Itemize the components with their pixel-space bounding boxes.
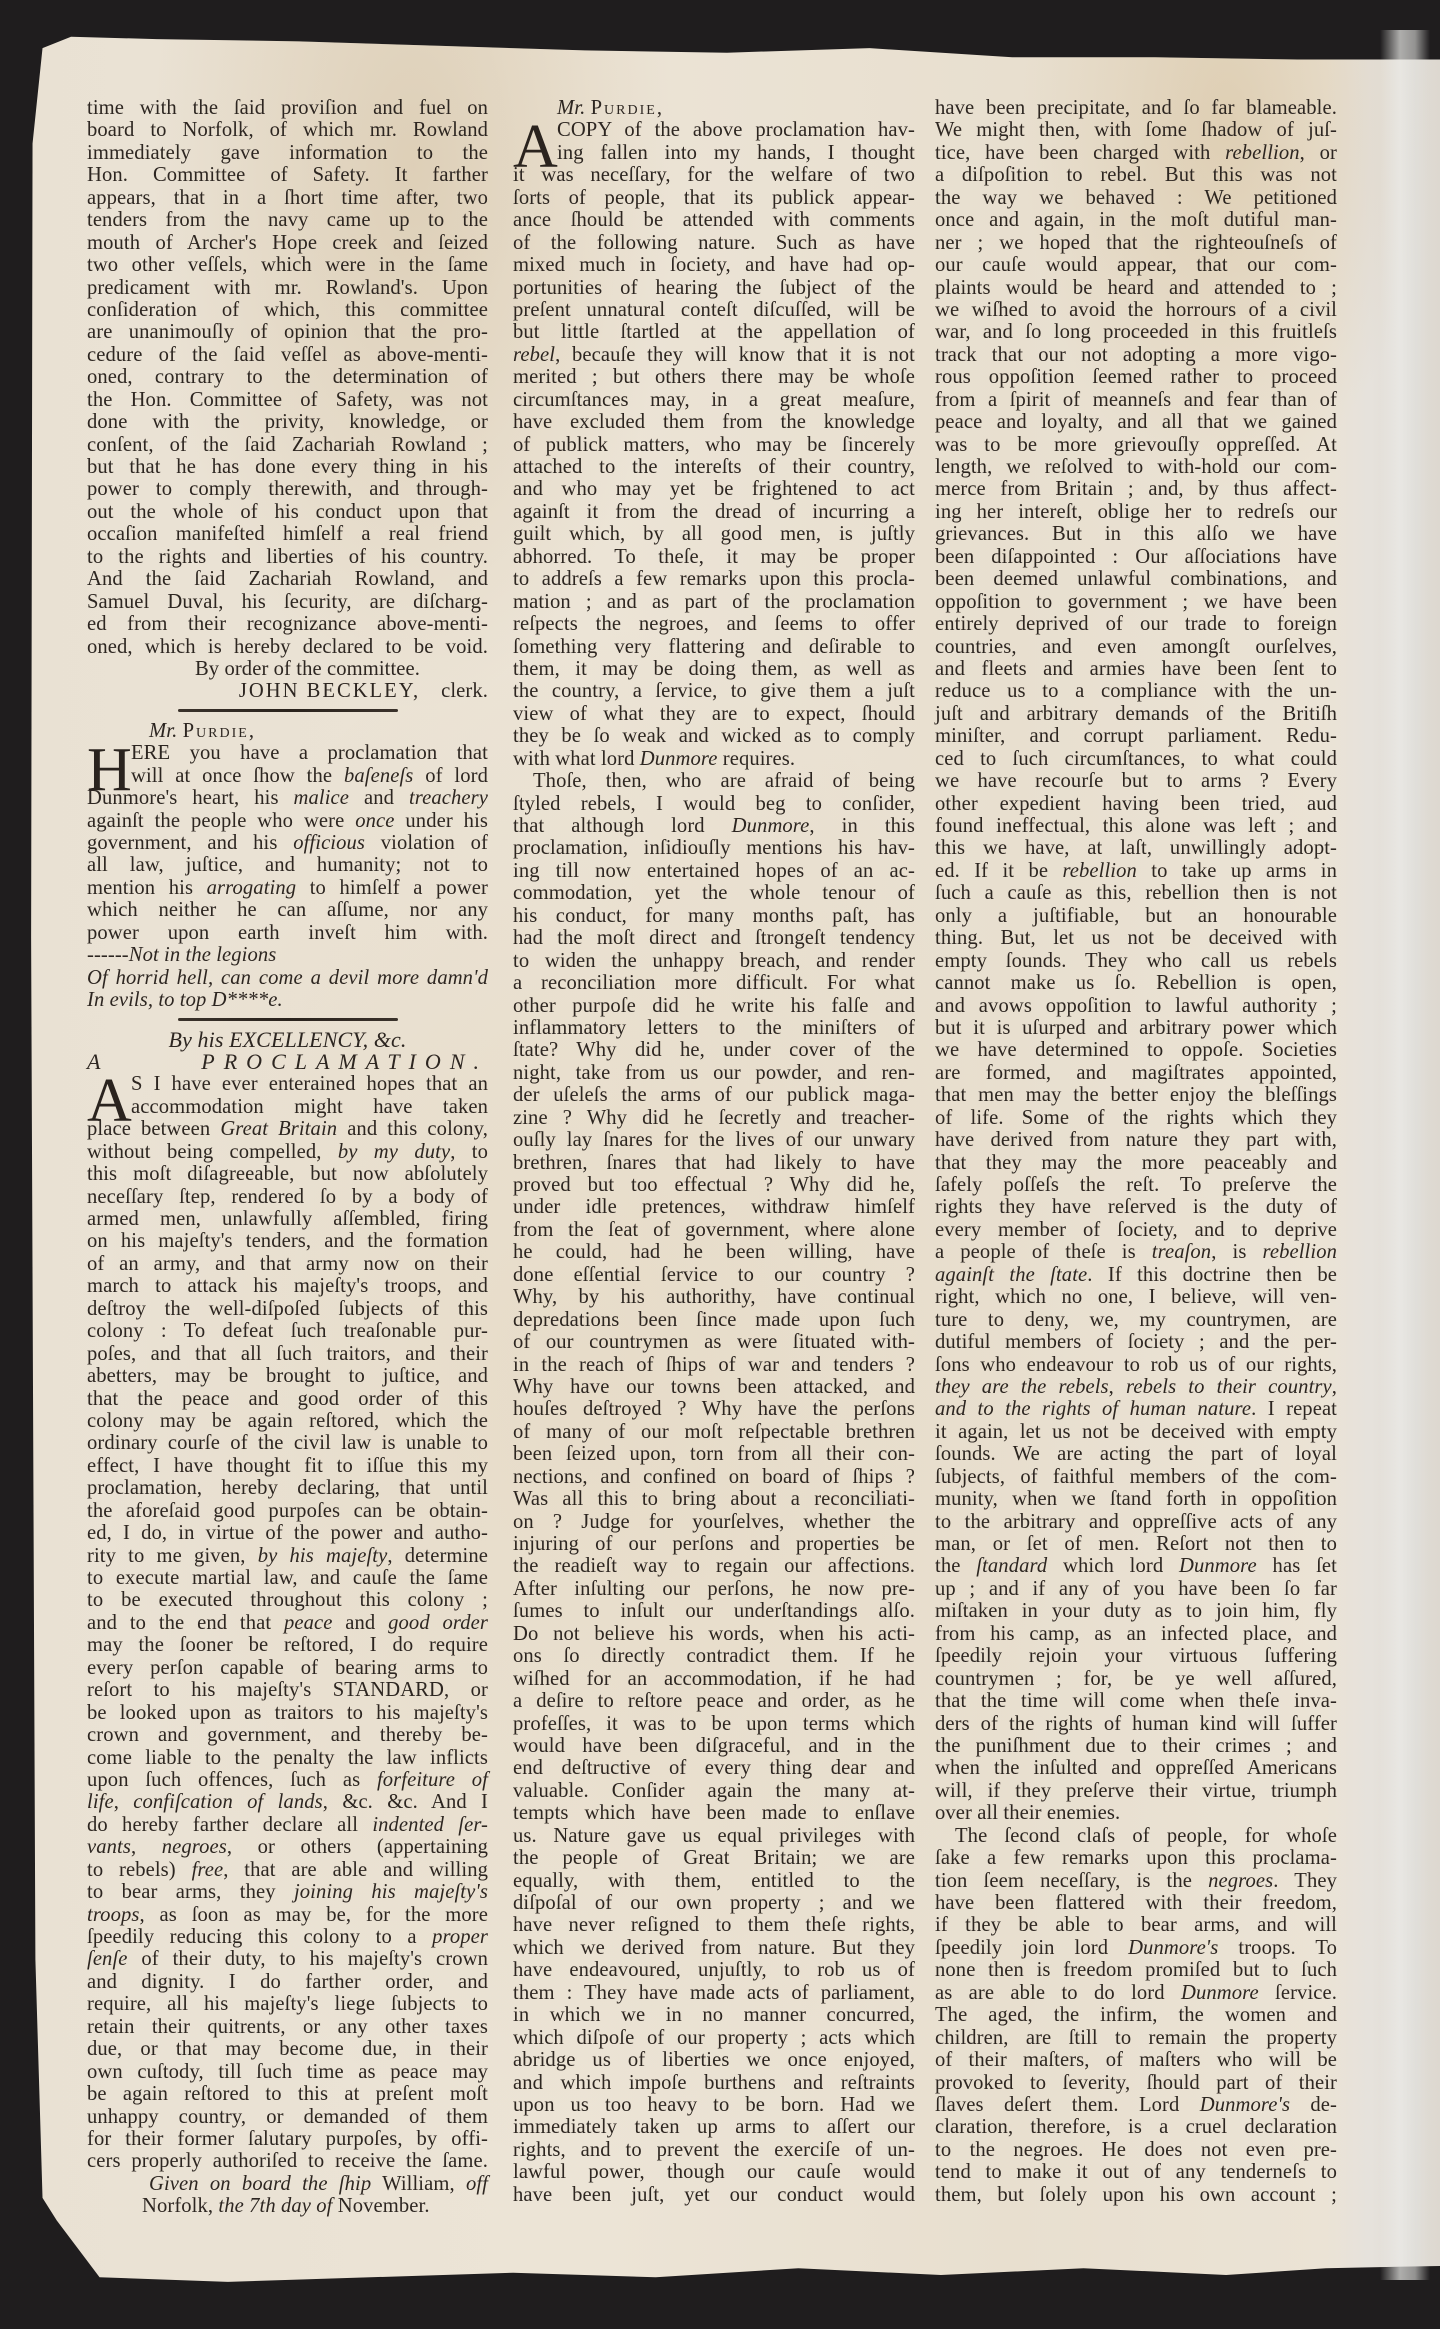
text-line: ſpeedily rejoin your virtuous ſuffering [935,1645,1337,1667]
text-line: juſt and arbitrary demands of the Britiſ… [935,703,1337,725]
letter-one-body: ERE you have a proclamation thatwill at … [87,742,488,944]
text-line: none then is freedom promiſed but to ſuc… [935,1959,1337,1981]
text-line: mixed much in ſociety, and have had op- [513,254,915,276]
text-line: Thoſe, then, who are afraid of being [513,770,915,792]
text-line: government, and his officious violation … [87,832,488,854]
text-line: Why, by his authorithy, have continual [513,1286,915,1308]
text-line: time with the ſaid proviſion and fuel on [87,97,488,119]
text-line: a deſire to reſtore peace and order, as … [513,1690,915,1712]
text-line: After inſulting our perſons, he now pre- [513,1578,915,1600]
text-line: come liable to the penalty the law infli… [87,1747,488,1769]
text-line: The ſecond claſs of people, for whoſe [935,1825,1337,1847]
text-line: once and again, in the moſt dutiful man- [935,209,1337,231]
text-line: been diſappointed : Our aſſociations hav… [935,546,1337,568]
section-divider [178,709,398,712]
text-line: Why have our towns been attacked, and [513,1376,915,1398]
verse-line: ------Not in the legions [87,944,488,966]
text-line: the way we behaved : We petitioned [935,187,1337,209]
text-line: upon us too heavy to be born. Had we [513,2094,915,2116]
text-line: proclamation, inſidiouſly mentions his h… [513,837,915,859]
text-line: it was neceſſary, for the welfare of two [513,164,915,186]
text-line: colony : To defeat ſuch treaſonable pur- [87,1320,488,1342]
text-line: will, if they preſerve their virtue, tri… [935,1780,1337,1802]
text-line: attached to the intereſts of their count… [513,456,915,478]
text-line: der uſeleſs the arms of our publick maga… [513,1084,915,1106]
text-line: ing her intereſt, oblige her to redreſs … [935,501,1337,523]
text-line: on his majeſty's tenders, and the format… [87,1230,488,1252]
text-line: require, all his majeſty's liege ſubject… [87,1993,488,2015]
letter-purdie-one: Mr. Purdie, H ERE you have a proclamatio… [87,720,488,1012]
text-line: on ? Judge for yourſelves, whether the [513,1511,915,1533]
text-line: portunities of hearing the ſubject of th… [513,277,915,299]
text-line: place between Great Britain and this col… [87,1118,488,1140]
text-line: board to Norfolk, of which mr. Rowland [87,119,488,141]
text-line: them, it may be doing them, as well as [513,658,915,680]
text-line: tempts which have been made to enſlave [513,1802,915,1824]
text-line: We might then, with ſome ſhadow of juſ- [935,119,1337,141]
text-line: the country, a ſervice, to give them a j… [513,680,915,702]
text-line: under idle pretences, withdraw himſelf [513,1196,915,1218]
text-line: Dunmore's heart, his malice and treacher… [87,787,488,809]
text-line: to the negroes. He does not even pre- [935,2139,1337,2161]
text-line: it again, let us not be deceived with em… [935,1421,1337,1443]
text-line: inflammatory letters to the miniſters of [513,1017,915,1039]
text-line: ſubjects, of faithful members of the com… [935,1466,1337,1488]
text-line: againſt it from the dread of incurring a [513,501,915,523]
signature-name: JOHN BECKLEY, [239,680,420,702]
text-line: ouſly lay ſnares for the lives of our un… [513,1129,915,1151]
text-line: would have been diſgraceful, and in the [513,1735,915,1757]
text-line: COPY of the above proclamation hav- [513,119,915,141]
text-line: ordinary courſe of the civil law is unab… [87,1432,488,1454]
text-line: as are able to do lord Dunmore ſervice. [935,1982,1337,2004]
proclamation-body: S I have ever enterained hopes that anac… [87,1073,488,2172]
text-line: a people of theſe is treaſon, is rebelli… [935,1241,1337,1263]
text-line: predicament with mr. Rowland's. Upon [87,277,488,299]
text-line: miſtaken in your duty as to join him, fl… [935,1600,1337,1622]
text-line: have excluded them from the knowledge [513,411,915,433]
text-line: circumſtances may, in a great meaſure, [513,389,915,411]
text-line: we have recourſe but to arms ? Every [935,770,1337,792]
text-line: rity to me given, by his majeſty, determ… [87,1545,488,1567]
text-line: march to attack his majeſty's troops, an… [87,1275,488,1297]
text-line: and which impoſe burthens and reſtraints [513,2072,915,2094]
proclamation-title: A PROCLAMATION. [87,1051,488,1073]
text-line: ſtate? Why did he, under cover of the [513,1039,915,1061]
text-line: rous oppoſition ſeemed rather to proceed [935,366,1337,388]
text-line: conſideration of which, this committee [87,299,488,321]
text-line: rights, and to prevent the exerciſe of u… [513,2139,915,2161]
text-line: to the rights and liberties of his count… [87,546,488,568]
text-line: occaſion manifeſted himſelf a real frien… [87,523,488,545]
text-line: ing till now entertained hopes of an ac- [513,860,915,882]
text-line: us. Nature gave us equal privileges with [513,1825,915,1847]
proclamation-authority: By his EXCELLENCY, &c. [87,1029,488,1051]
text-line: injuring of our perſons and properties b… [513,1533,915,1555]
text-line: guilt which, by all good men, is juſtly [513,523,915,545]
text-line: crown and government, and thereby be- [87,1724,488,1746]
text-line: cannot make us ſo. Rebellion is open, [935,972,1337,994]
text-line: diſpoſal of our own property ; and we [513,1892,915,1914]
text-line: mention his arrogating to himſelf a powe… [87,877,488,899]
text-line: countrymen ; for, be ye well aſſured, [935,1668,1337,1690]
text-line: them : They have made acts of parliament… [513,1982,915,2004]
text-line: conſent, of the ſaid Zachariah Rowland ; [87,434,488,456]
text-line: wiſhed for an accommodation, if he had [513,1668,915,1690]
text-line: equally, with them, entitled to the [513,1870,915,1892]
text-line: claration, therefore, is a cruel declara… [935,2116,1337,2138]
text-line: the people of Great Britain; we are [513,1847,915,1869]
text-line: ſorts of people, that its publick appear… [513,187,915,209]
text-line: but it is uſurped and arbitrary power wh… [935,1017,1337,1039]
by-order-line: By order of the committee. [87,658,488,680]
letter-purdie-two: Mr. Purdie, A COPY of the above proclama… [513,97,915,2206]
text-line: merited ; but others there may be whoſe [513,366,915,388]
text-line: to execute martial law, and cauſe the ſa… [87,1567,488,1589]
text-line: the ſtandard which lord Dunmore has ſet [935,1555,1337,1577]
text-line: and fleets and armies have been ſent to [935,658,1337,680]
text-line: profeſſes, it was to be upon terms which [513,1713,915,1735]
signature-line: JOHN BECKLEY, clerk. [87,680,488,702]
text-line: houſes deſtroyed ? Why have the perſons [513,1398,915,1420]
text-line: ſlaves deſert them. Lord Dunmore's de- [935,2094,1337,2116]
drop-cap-a: A [513,121,558,173]
text-line: when the inſulted and oppreſſed American… [935,1757,1337,1779]
text-line: mation ; and as part of the proclamation [513,591,915,613]
proclamation: By his EXCELLENCY, &c. A PROCLAMATION. A… [87,1029,488,2218]
text-line: up ; and if any of you have been ſo far [935,1578,1337,1600]
text-line: war, and ſo long proceeded in this fruit… [935,321,1337,343]
text-line: cers properly authoriſed to receive the … [87,2150,488,2172]
text-line: but little ſtartled at the appellation o… [513,321,915,343]
text-line: empty ſounds. They who call us rebels [935,950,1337,972]
drop-cap-h: H [87,744,132,796]
text-line: ſons who endeavour to rob us of our righ… [935,1354,1337,1376]
text-line: preſent unnatural conteſt diſcuſſed, wil… [513,299,915,321]
text-line: from the ſeat of government, where alone [513,1219,915,1241]
text-line: thing. But, let us not be deceived with [935,927,1337,949]
verse-quote: ------Not in the legions Of horrid hell,… [87,944,488,1011]
text-line: dutiful members of ſociety ; and the per… [935,1331,1337,1353]
text-line: Was all this to bring about a reconcilia… [513,1488,915,1510]
text-line: that men may the better enjoy the bleſſi… [935,1084,1337,1106]
text-line: ſenſe of their duty, to his majeſty's cr… [87,1948,488,1970]
text-line: have been precipitate, and ſo far blamea… [935,97,1337,119]
text-line: are formed, and magiſtrates appointed, [935,1062,1337,1084]
text-line: done eſſential ſervice to our country ? [513,1264,915,1286]
text-line: this we have, at laſt, unwillingly adopt… [935,837,1337,859]
text-line: appears, that in a ſhort time after, two [87,187,488,209]
committee-notice: time with the ſaid proviſion and fuel on… [87,97,488,703]
text-line: if they be able to bear arms, and will [935,1914,1337,1936]
text-line: poſes, and that all ſuch traitors, and t… [87,1343,488,1365]
verse-line: In evils, to top D****e. [87,989,488,1011]
text-line: ſumes to inſult our underſtandings alſo. [513,1600,915,1622]
text-line: merce from Britain ; and, by thus affect… [935,478,1337,500]
text-line: have been juſt, yet our conduct would [513,2184,915,2206]
text-line: only a juſtifiable, but an honourable [935,905,1337,927]
text-line: do hereby farther declare all indented ſ… [87,1814,488,1836]
column-left: time with the ſaid proviſion and fuel on… [87,97,488,2218]
text-line: peace and loyalty, and all that we gaine… [935,411,1337,433]
text-line: proved but too effectual ? Why did he, [513,1174,915,1196]
text-line: ed from their recognizance above-menti- [87,613,488,635]
text-line: may the ſooner be reſtored, I do require [87,1634,488,1656]
text-line: have derived from nature they part with, [935,1129,1337,1151]
text-line: that although lord Dunmore, in this [513,815,915,837]
text-line: ed. If it be rebellion to take up arms i… [935,860,1337,882]
text-line: be again reſtored to this at preſent moſ… [87,2083,488,2105]
text-line: vants, negroes, or others (appertaining [87,1836,488,1858]
text-line: have endeavoured, unjuſtly, to rob us of [513,1959,915,1981]
text-line: a reconciliation more difficult. For wha… [513,972,915,994]
text-line: reſpects the negroes, and ſeems to offer [513,613,915,635]
text-line: depredations been ſince made upon ſuch [513,1309,915,1331]
text-line: immediately gave information to the [87,142,488,164]
committee-notice-body: time with the ſaid proviſion and fuel on… [87,97,488,658]
text-line: they are the rebels, rebels to their cou… [935,1376,1337,1398]
text-line: neceſſary ſtep, rendered ſo by a body of [87,1186,488,1208]
text-line: length, we reſolved to with-hold our com… [935,456,1337,478]
text-line: and to the rights of human nature. I rep… [935,1398,1337,1420]
text-line: commodation, yet the whole tenour of [513,882,915,904]
text-line: and dignity. I do farther order, and [87,1971,488,1993]
text-line: power to comply therewith, and through- [87,478,488,500]
text-line: ced to ſuch circumſtances, to what could [935,748,1337,770]
text-line: againſt the ſtate. If this doctrine then… [935,1264,1337,1286]
text-line: but that he has done every thing in his [87,456,488,478]
text-line: be looked upon as traitors to his majeſt… [87,1702,488,1724]
text-line: ſounds. We are acting the part of loyal [935,1443,1337,1465]
date-line: Norfolk, the 7th day of November. [87,2195,488,2217]
text-line: S I have ever enterained hopes that an [87,1073,488,1095]
text-line: ERE you have a proclamation that [87,742,488,764]
text-line: And the ſaid Zachariah Rowland, and [87,568,488,590]
text-line: all law, juſtice, and humanity; not to [87,854,488,876]
text-line: brethren, ſnares that had likely to have [513,1152,915,1174]
text-line: lawful power, though our cauſe would [513,2161,915,2183]
given-on-board-line: Given on board the ſhip William, off [87,2173,488,2195]
text-line: view of what they are to expect, ſhould [513,703,915,725]
text-line: found ineffectual, this alone was left ;… [935,815,1337,837]
text-line: proclamation, hereby declaring, that unt… [87,1477,488,1499]
text-line: right, which no one, I believe, will ven… [935,1286,1337,1308]
letter-two-body: COPY of the above proclamation hav-ing f… [513,119,915,2206]
text-line: other purpoſe did he write his falſe and [513,995,915,1017]
text-line: ing fallen into my hands, I thought [513,142,915,164]
text-line: to widen the unhappy breach, and render [513,950,915,972]
text-line: reſort to his majeſty's STANDARD, or [87,1679,488,1701]
text-line: are unanimouſly of opinion that the pro- [87,321,488,343]
text-line: the aforeſaid good purpoſes can be obtai… [87,1500,488,1522]
text-line: of many of our moſt reſpectable brethren [513,1421,915,1443]
text-line: troops, as ſoon as may be, for the more [87,1904,488,1926]
text-line: ſpeedily join lord Dunmore's troops. To [935,1937,1337,1959]
text-line: to be executed throughout this colony ; [87,1589,488,1611]
text-line: mouth of Archer's Hope creek and ſeized [87,232,488,254]
text-line: abridge us of liberties we once enjoyed, [513,2049,915,2071]
text-line: which diſpoſe of our property ; acts whi… [513,2027,915,2049]
text-line: to addreſs a few remarks upon this procl… [513,568,915,590]
text-line: in which we in no manner concurred, [513,2004,915,2026]
text-line: been deemed unlawful combinations, and [935,568,1337,590]
text-line: provoked to ſeverity, ſhould part of the… [935,2072,1337,2094]
text-line: againſt the people who were once under h… [87,810,488,832]
text-line: of the following nature. Such as have [513,232,915,254]
text-line: ſpeedily reducing this colony to a prope… [87,1926,488,1948]
section-divider [178,1018,398,1021]
text-line: man, or ſet of men. Reſort not then to [935,1533,1337,1555]
text-line: armed men, unlawfully aſſembled, firing [87,1208,488,1230]
text-line: in the reach of ſhips of war and tenders… [513,1354,915,1376]
text-line: with what lord Dunmore requires. [513,748,915,770]
text-line: will at once ſhow the baſeneſs of lord [87,765,488,787]
text-line: ders of the rights of human kind will ſu… [935,1713,1337,1735]
text-line: night, take from us our powder, and ren- [513,1062,915,1084]
text-line: we wiſhed to avoid the horrours of a civ… [935,299,1337,321]
text-line: reduce us to a compliance with the un- [935,680,1337,702]
text-line: munity, when we ſtand forth in oppoſitio… [935,1488,1337,1510]
text-line: we have determined to oppoſe. Societies [935,1039,1337,1061]
text-line: this moſt diſagreeable, but now abſolute… [87,1163,488,1185]
text-line: out the whole of his conduct upon that [87,501,488,523]
letter-two-continued: have been precipitate, and ſo far blamea… [935,97,1337,2206]
text-line: tenders from the navy came up to the [87,209,488,231]
text-line: the puniſhment due to their crimes ; and [935,1735,1337,1757]
text-line: other expedient having been tried, aud [935,793,1337,815]
text-line: of their maſters, of maſters who will be [935,2049,1337,2071]
text-line: the readieſt way to regain our affection… [513,1555,915,1577]
text-line: miniſter, and corrupt parliament. Redu- [935,725,1337,747]
text-line: that they may the more peaceably and [935,1152,1337,1174]
text-line: effect, I have thought fit to iſſue this… [87,1455,488,1477]
text-line: to bear arms, they joining his majeſty's [87,1881,488,1903]
text-line: children, are ſtill to remain the proper… [935,2027,1337,2049]
text-line: ſtyled rebels, I would beg to conſider, [513,793,915,815]
text-line: his conduct, for many months paſt, has [513,905,915,927]
text-line: ſake a few remarks upon this proclama- [935,1847,1337,1869]
text-line: had the moſt direct and ſtrongeſt tenden… [513,927,915,949]
text-line: ture to deny, we, my countrymen, are [935,1309,1337,1331]
text-line: done with the privity, knowledge, or [87,411,488,433]
text-line: that the time will come when theſe inva- [935,1690,1337,1712]
text-line: they be ſo weak and wicked as to comply [513,725,915,747]
text-line: power upon earth inveſt him with. [87,922,488,944]
text-line: a diſpoſition to rebel. But this was not [935,164,1337,186]
text-line: ed, I do, in virtue of the power and aut… [87,1522,488,1544]
text-line: accommodation might have taken [87,1096,488,1118]
text-line: of life. Some of the rights which they [935,1107,1337,1129]
text-line: from his camp, as an infected place, and [935,1623,1337,1645]
text-line: countries, and even amongſt ourſelves, [935,636,1337,658]
column-right: have been precipitate, and ſo far blamea… [935,97,1337,2206]
text-line: been ſeized upon, torn from all their co… [513,1443,915,1465]
text-line: grievances. But in this alſo we have [935,523,1337,545]
text-line: the Hon. Committee of Safety, was not [87,389,488,411]
text-line: end deſtructive of every thing dear and [513,1757,915,1779]
text-line: that the peace and good order of this [87,1388,488,1410]
text-line: from a ſpirit of meanneſs and fear than … [935,389,1337,411]
text-line: ons ſo directly contradict them. If he [513,1645,915,1667]
text-line: retain their quitrents, or any other tax… [87,2016,488,2038]
text-line: The aged, the infirm, the women and [935,2004,1337,2026]
text-line: ſafely poſſeſs the reſt. To preſerve the [935,1174,1337,1196]
text-line: Do not believe his words, when his acti- [513,1623,915,1645]
text-line: and avows oppoſition to lawful authority… [935,995,1337,1017]
text-line: to the arbitrary and oppreſſive acts of … [935,1511,1337,1533]
text-line: for their former ſalutary purpoſes, by o… [87,2128,488,2150]
text-line: ſomething very flattering and deſirable … [513,636,915,658]
text-line: oned, contrary to the determination of [87,366,488,388]
salutation: Mr. Purdie, [513,97,915,119]
text-line: tice, have been charged with rebellion, … [935,142,1337,164]
text-line: zine ? Why did he ſecretly and treacher- [513,1107,915,1129]
text-line: of our countrymen as were ſituated with- [513,1331,915,1353]
text-line: abetters, may be brought to juſtice, and [87,1365,488,1387]
text-line: life, confiſcation of lands, &c. &c. And… [87,1791,488,1813]
text-line: ſuch a cauſe as this, rebellion then is … [935,882,1337,904]
text-line: without being compelled, by my duty, to [87,1141,488,1163]
text-line: every perſon capable of bearing arms to [87,1657,488,1679]
text-line: unhappy country, or demanded of them [87,2106,488,2128]
text-line: nections, and confined on board of ſhips… [513,1466,915,1488]
text-line: colony may be again reſtored, which the [87,1410,488,1432]
text-line: entirely deprived of our trade to foreig… [935,613,1337,635]
text-line: every member of ſociety, and to deprive [935,1219,1337,1241]
text-line: Hon. Committee of Safety. It farther [87,164,488,186]
text-line: have been flattered with their freedom, [935,1892,1337,1914]
text-line: upon ſuch offences, ſuch as forfeiture o… [87,1769,488,1791]
text-line: oned, which is hereby declared to be voi… [87,636,488,658]
text-line: of an army, and that army now on their [87,1253,488,1275]
text-line: ner ; we hoped that the righteouſneſs of [935,232,1337,254]
text-line: which we derived from nature. But they [513,1937,915,1959]
verse-line: Of horrid hell, can come a devil more da… [87,967,488,989]
text-line: rebel, becauſe they will know that it is… [513,344,915,366]
text-line: was to be more grievouſly oppreſſed. At [935,434,1337,456]
text-line: abhorred. To theſe, it may be proper [513,546,915,568]
text-line: ance ſhould be attended with comments [513,209,915,231]
text-line: have never reſigned to them theſe rights… [513,1914,915,1936]
text-line: he could, had he been willing, have [513,1241,915,1263]
text-line: immediately taken up arms to aſſert our [513,2116,915,2138]
paper-fold-edge [1380,30,1430,2280]
text-line: to rebels) free, that are able and willi… [87,1859,488,1881]
text-line: two other veſſels, which were in the ſam… [87,254,488,276]
drop-cap-a: A [87,1075,132,1127]
text-line: valuable. Conſider again the many at- [513,1780,915,1802]
signature-title: clerk. [441,680,488,702]
text-line: them, but ſolely upon his own account ; [935,2184,1337,2206]
text-line: our cauſe would appear, that our com- [935,254,1337,276]
text-line: which neither he can aſſume, nor any [87,899,488,921]
text-line: deſtroy the well-diſpoſed ſubjects of th… [87,1298,488,1320]
text-line: oppoſition to government ; we have been [935,591,1337,613]
text-line: of publick matters, who may be ſincerely [513,434,915,456]
text-line: Samuel Duval, his ſecurity, are diſcharg… [87,591,488,613]
text-line: tend to make it out of any tenderneſs to [935,2161,1337,2183]
column-middle: Mr. Purdie, A COPY of the above proclama… [513,97,915,2206]
text-line: cedure of the ſaid veſſel as above-menti… [87,344,488,366]
text-line: tion ſeem neceſſary, is the negroes. The… [935,1870,1337,1892]
text-line: and who may yet be frightened to act [513,478,915,500]
text-line: and to the end that peace and good order [87,1612,488,1634]
text-line: track that our not adopting a more vigo- [935,344,1337,366]
text-line: due, or that may become due, in their [87,2038,488,2060]
text-line: own cuſtody, till ſuch time as peace may [87,2061,488,2083]
text-line: over all their enemies. [935,1802,1337,1824]
text-line: plaints would be heard and attended to ; [935,277,1337,299]
